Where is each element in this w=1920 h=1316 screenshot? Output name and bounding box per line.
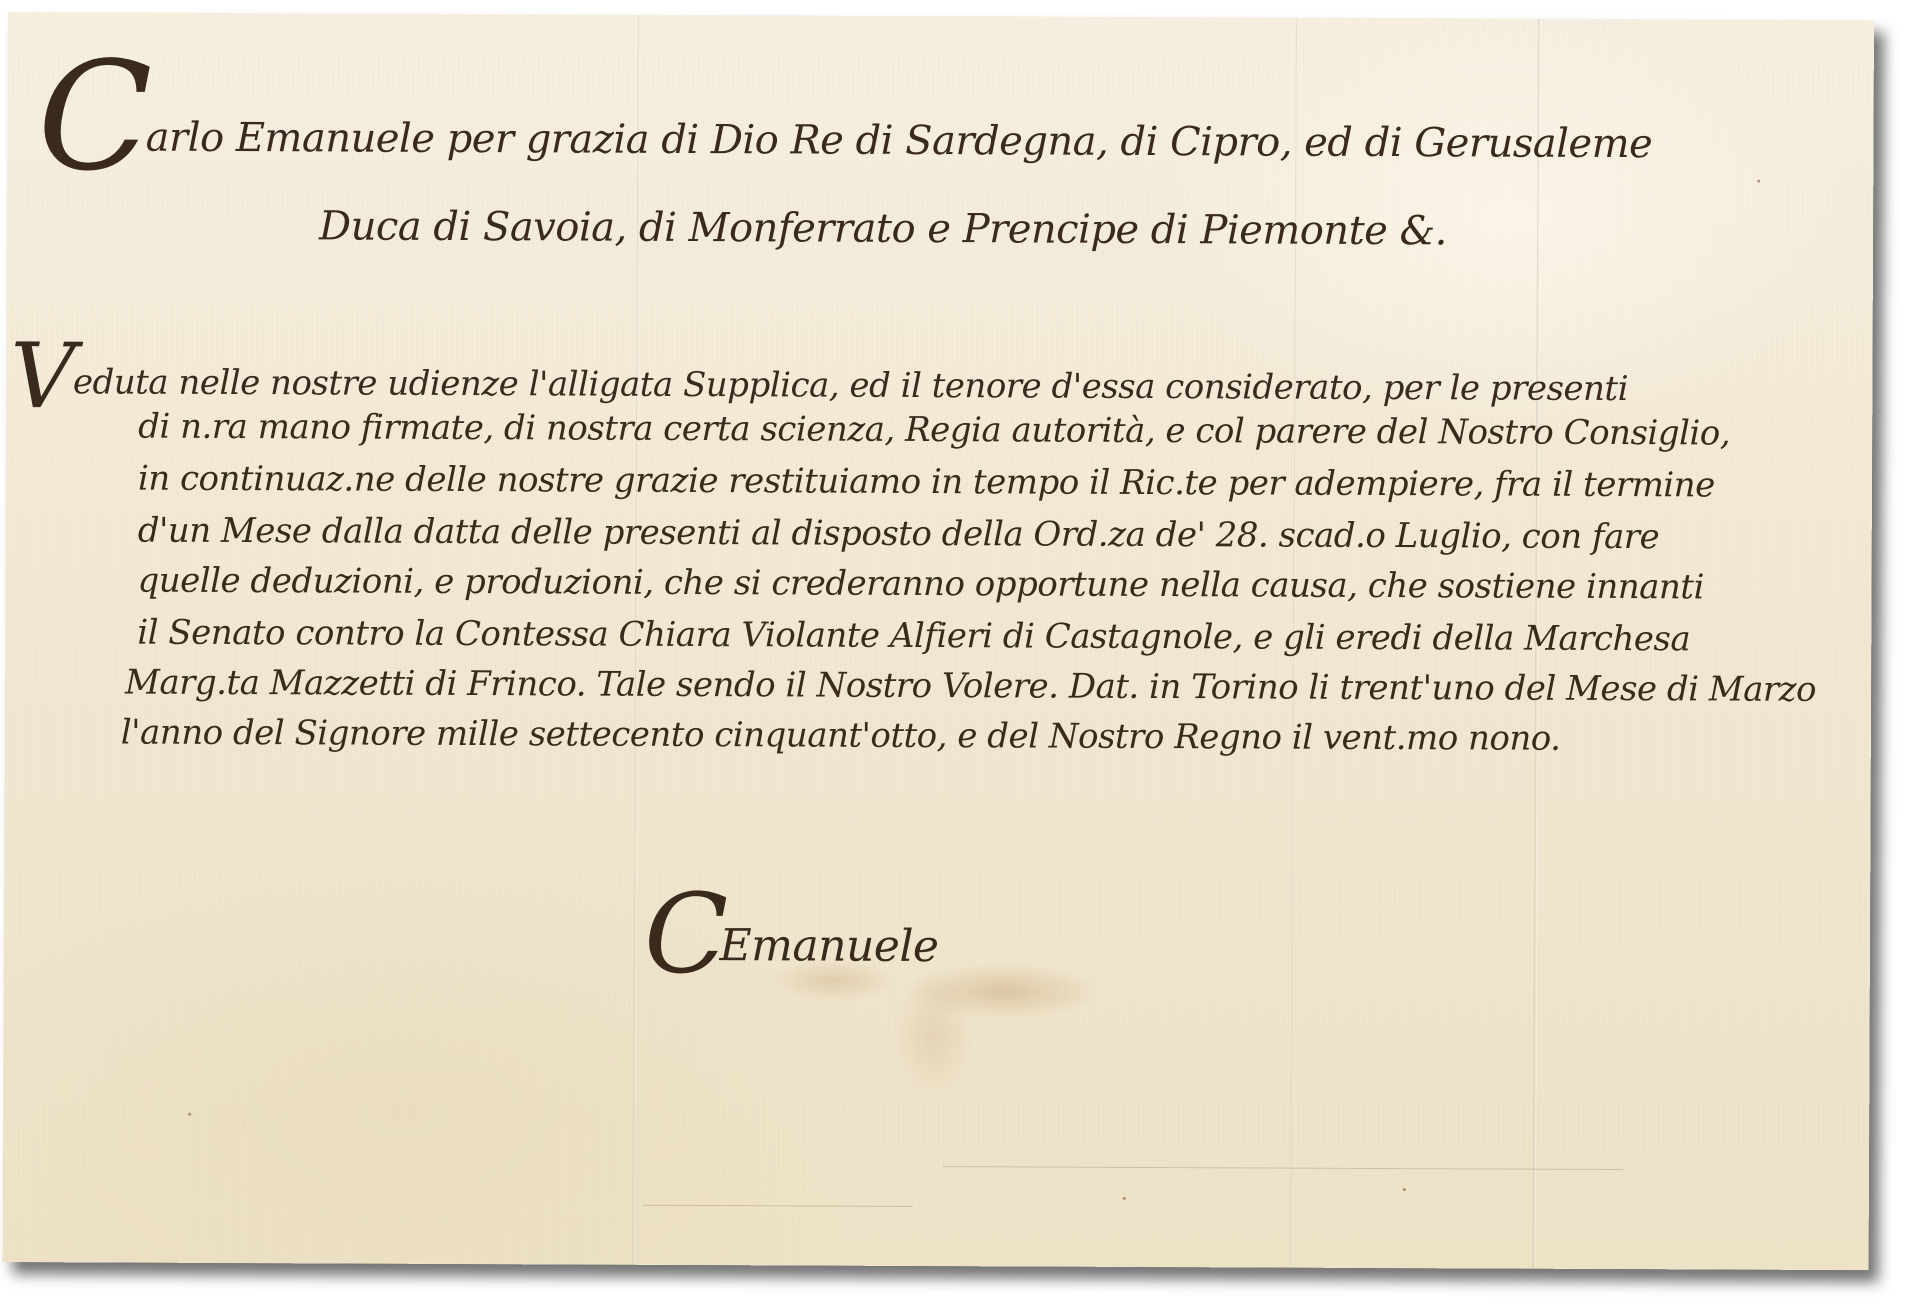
body-line-1-text: eduta nelle nostre udienze l'alligata Su… <box>73 362 1628 409</box>
heading-line-1: Carlo Emanuele per grazia di Dio Re di S… <box>37 42 1652 199</box>
document-scan: Carlo Emanuele per grazia di Dio Re di S… <box>0 0 1920 1316</box>
heading-initial: C <box>37 30 152 204</box>
signature-text: Emanuele <box>719 920 938 972</box>
paper-speck <box>1757 180 1760 183</box>
body-line-5: quelle deduzioni, e produzioni, che si c… <box>137 561 1704 608</box>
signature: CEmanuele <box>644 870 939 999</box>
body-line-2: di n.ra mano firmate, di nostra certa sc… <box>138 407 1730 454</box>
paper-speck <box>1123 1197 1126 1200</box>
body-line-4: d'un Mese dalla datta delle presenti al … <box>138 511 1660 558</box>
fold-crease-horizontal <box>643 1205 913 1207</box>
paper-speck <box>188 1113 191 1116</box>
heading-line-1-text: arlo Emanuele per grazia di Dio Re di Sa… <box>146 115 1653 168</box>
body-initial: V <box>10 324 75 429</box>
manuscript-page: Carlo Emanuele per grazia di Dio Re di S… <box>3 12 1874 1270</box>
signature-initial: C <box>644 870 728 998</box>
body-line-6: il Senato contro la Contessa Chiara Viol… <box>137 613 1690 660</box>
body-line-3: in continuaz.ne delle nostre grazie rest… <box>138 459 1715 506</box>
body-line-8: l'anno del Signore mille settecento cinq… <box>121 712 1561 758</box>
paper-speck <box>1403 1188 1406 1191</box>
fold-crease-horizontal <box>943 1166 1623 1170</box>
heading-line-2: Duca di Savoia, di Monferrato e Prencipe… <box>319 203 1447 254</box>
body-line-7: Marg.ta Mazzetti di Frinco. Tale sendo i… <box>125 663 1816 710</box>
